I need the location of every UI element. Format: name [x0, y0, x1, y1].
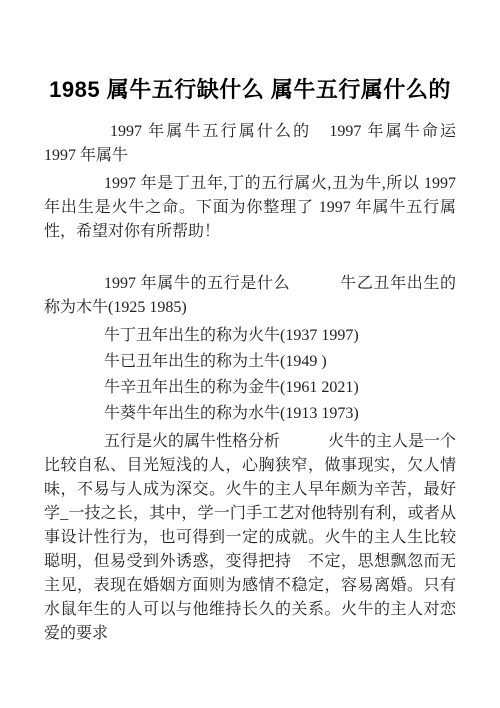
- paragraph-intro: 1997 年是丁丑年,丁的五行属火,丑为牛,所以 1997 年出生是火牛之命。下…: [44, 172, 456, 244]
- list-item-fire-ox: 牛丁丑年出生的称为火牛(1937 1997): [44, 324, 456, 348]
- list-item-earth-ox: 牛已丑年出生的称为土牛(1949 ): [44, 350, 456, 374]
- paragraph-five-elements-heading: 1997 年属牛的五行是什么 牛乙丑年出生的称为木牛(1925 1985): [44, 272, 456, 320]
- list-item-metal-ox: 牛辛丑年出生的称为金牛(1961 2021): [44, 376, 456, 400]
- page-title: 1985 属牛五行缺什么 属牛五行属什么的: [44, 0, 456, 104]
- article-body: 1997 年属牛五行属什么的 1997 年属牛命运 1997 年属牛 1997 …: [44, 120, 456, 646]
- document-page: 1985 属牛五行缺什么 属牛五行属什么的 1997 年属牛五行属什么的 199…: [0, 0, 500, 708]
- list-item-water-ox: 牛葵牛年出生的称为水牛(1913 1973): [44, 402, 456, 426]
- paragraph-fire-ox-personality: 五行是火的属牛性格分析 火牛的主人是一个比较自私、目光短浅的人，心胸狭窄，做事现…: [44, 430, 456, 646]
- paragraph-keywords: 1997 年属牛五行属什么的 1997 年属牛命运 1997 年属牛: [44, 120, 456, 168]
